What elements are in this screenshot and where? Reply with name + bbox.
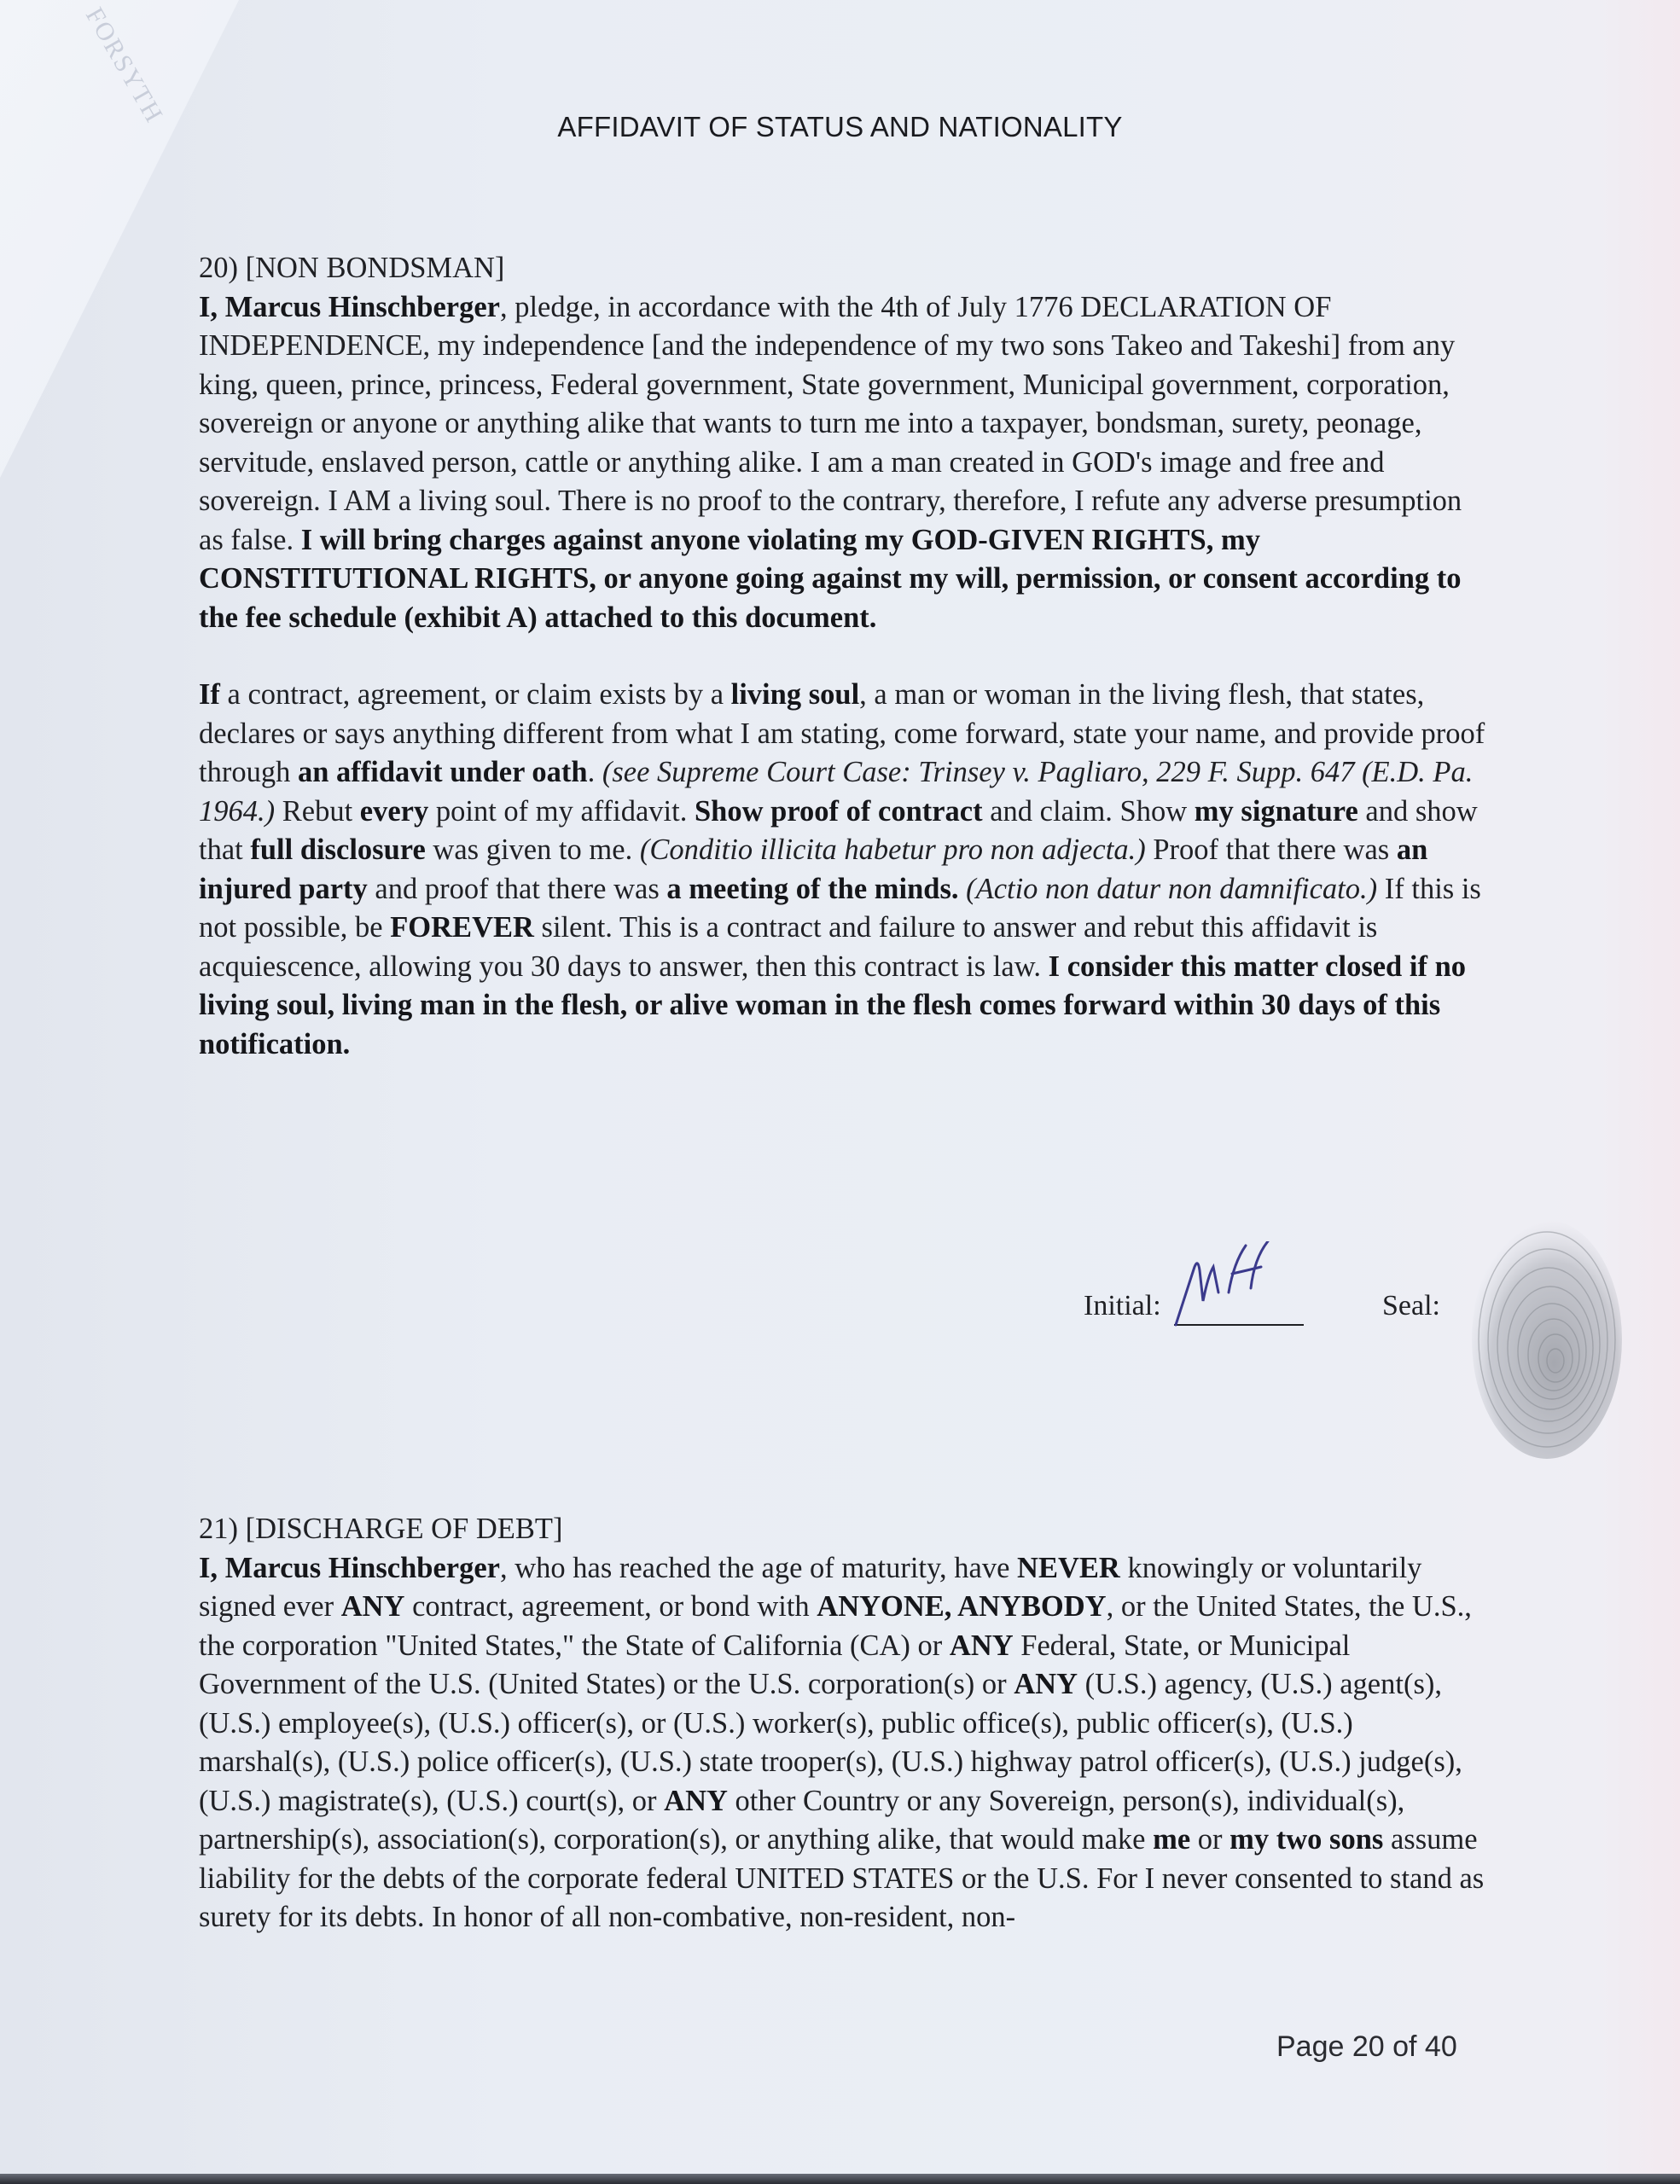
section-21: 21) [DISCHARGE OF DEBT] I, Marcus Hinsch… <box>199 1510 1487 1937</box>
seal-label: Seal: <box>1382 1290 1440 1322</box>
section-21-paragraph-1: I, Marcus Hinschberger, who has reached … <box>199 1549 1487 1937</box>
fingerprint-seal <box>1466 1211 1628 1467</box>
initial-label: Initial: <box>1084 1290 1161 1322</box>
document-title: AFFIDAVIT OF STATUS AND NATIONALITY <box>0 111 1680 143</box>
scanner-edge <box>0 2174 1680 2184</box>
section-20-paragraph-1: I, Marcus Hinschberger, pledge, in accor… <box>199 288 1487 638</box>
document-body: 20) [NON BONDSMAN] I, Marcus Hinschberge… <box>199 249 1487 1064</box>
initial-signature <box>1169 1241 1280 1327</box>
section-21-heading: 21) [DISCHARGE OF DEBT] <box>199 1510 1487 1549</box>
page-number: Page 20 of 40 <box>1276 2030 1457 2064</box>
section-20-paragraph-2: If a contract, agreement, or claim exist… <box>199 676 1487 1064</box>
curl-ghost-text: FORSYTH <box>79 3 169 129</box>
section-20-heading: 20) [NON BONDSMAN] <box>199 249 1487 288</box>
document-page: FORSYTH AFFIDAVIT OF STATUS AND NATIONAL… <box>0 0 1680 2174</box>
